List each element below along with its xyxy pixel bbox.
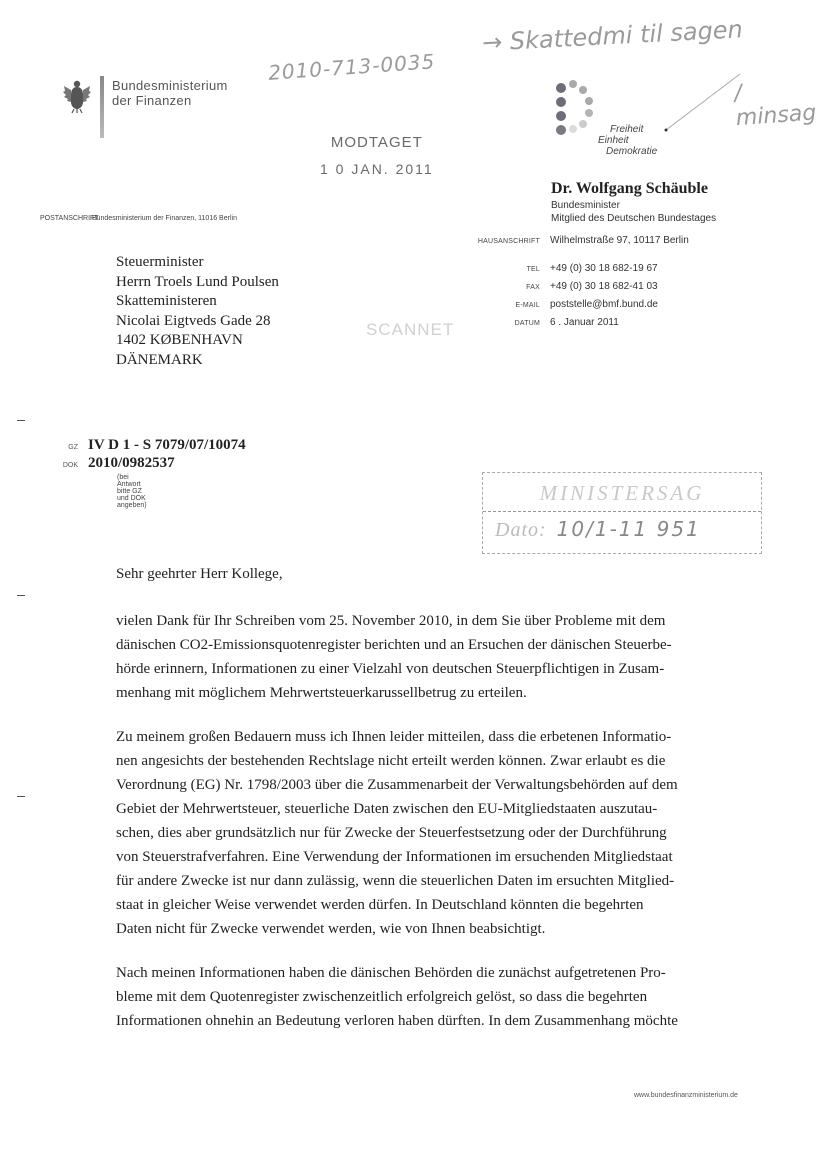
reference-dok: DOK2010/0982537 — [40, 454, 175, 472]
dok-label: DOK — [40, 462, 78, 469]
ministry-name-line: der Finanzen — [112, 93, 228, 108]
reference-gz: GZIV D 1 - S 7079/07/10074 — [40, 436, 246, 454]
paragraph-line: Gebiet der Mehrwertsteuer, steuerliche D… — [116, 797, 766, 821]
meta-label: DATUM — [460, 320, 540, 327]
paragraph-line: staat in gleicher Weise verwendet werden… — [116, 893, 766, 917]
body-paragraph: vielen Dank für Ihr Schreiben vom 25. No… — [116, 609, 766, 705]
ministry-name: Bundesministerium der Finanzen — [112, 78, 228, 108]
meta-hausanschrift: HAUSANSCHRIFTWilhelmstraße 97, 10117 Ber… — [460, 235, 689, 246]
meta-datum: DATUM6 . Januar 2011 — [460, 317, 619, 328]
paragraph-line: schen, dies aber grundsätzlich nur für Z… — [116, 821, 766, 845]
gz-value: IV D 1 - S 7079/07/10074 — [88, 437, 246, 453]
salutation: Sehr geehrter Herr Kollege, — [116, 566, 283, 583]
body-paragraph: Zu meinem großen Bedauern muss ich Ihnen… — [116, 725, 766, 941]
stamp-scanned: SCANNET — [366, 320, 454, 340]
stamp-received-date: 1 0 JAN. 2011 — [320, 156, 434, 182]
recipient-line: Nicolai Eigtveds Gade 28 — [116, 312, 279, 332]
recipient-address: Steuerminister Herrn Troels Lund Poulsen… — [116, 253, 279, 370]
motto: Freiheit Einheit Demokratie — [598, 124, 657, 157]
stamp-ministersag: MINISTERSAG Dato:10/1-11 951 — [482, 472, 762, 554]
handwritten-note-right: / minsag — [733, 75, 826, 131]
gz-label: GZ — [40, 444, 78, 451]
recipient-line: Skatteministeren — [116, 292, 279, 312]
meta-label: HAUSANSCHRIFT — [460, 238, 540, 245]
stamp-date-label: Dato: — [495, 519, 547, 541]
footer-url: www.bundesfinanzministerium.de — [634, 1092, 738, 1099]
paragraph-line: vielen Dank für Ihr Schreiben vom 25. No… — [116, 609, 766, 633]
motto-line: Freiheit — [598, 124, 657, 135]
paragraph-line: Daten nicht für Zwecke verwendet werden,… — [116, 917, 766, 941]
paragraph-line: bleme mit dem Quotenregister zwischenzei… — [116, 985, 766, 1009]
sender-name: Dr. Wolfgang Schäuble — [551, 180, 708, 198]
meta-label: E-MAIL — [460, 302, 540, 309]
postal-address-value: Bundesministerium der Finanzen, 11016 Be… — [92, 215, 237, 222]
paragraph-line: menhang mit möglichem Mehrwertsteuerkaru… — [116, 681, 766, 705]
meta-value: poststelle@bmf.bund.de — [550, 299, 658, 310]
fold-mark — [17, 420, 25, 421]
dok-value: 2010/0982537 — [88, 455, 175, 471]
postal-address-label: POSTANSCHRIFT — [40, 215, 90, 222]
sender-title: Bundesminister Mitglied des Deutschen Bu… — [551, 199, 716, 225]
handwritten-reference: 2010-713-0035 — [267, 49, 436, 85]
stamp-date-value: 10/1-11 951 — [557, 517, 701, 541]
stamp-ministersag-date: Dato:10/1-11 951 — [495, 517, 701, 542]
meta-value: +49 (0) 30 18 682-41 03 — [550, 281, 658, 292]
motto-line: Einheit — [598, 135, 657, 146]
paragraph-line: hörde erinnern, Informationen zu einer V… — [116, 657, 766, 681]
paragraph-line: Informationen ohnehin an Bedeutung verlo… — [116, 1009, 766, 1033]
body-paragraph: Nach meinen Informationen haben die däni… — [116, 961, 766, 1033]
meta-fax: FAX+49 (0) 30 18 682-41 03 — [460, 281, 658, 292]
paragraph-line: dänischen CO2-Emissionsquotenregister be… — [116, 633, 766, 657]
stamp-divider — [483, 511, 761, 512]
meta-label: FAX — [460, 284, 540, 291]
meta-value: Wilhelmstraße 97, 10117 Berlin — [550, 235, 689, 246]
motto-line: Demokratie — [598, 146, 657, 157]
postal-address: POSTANSCHRIFT Bundesministerium der Fina… — [40, 215, 237, 222]
paragraph-line: Verordnung (EG) Nr. 1798/2003 über die Z… — [116, 773, 766, 797]
stamp-received: MODTAGET 1 0 JAN. 2011 — [320, 130, 434, 182]
paragraph-line: für andere Zwecke ist nur dann zulässig,… — [116, 869, 766, 893]
recipient-line: 1402 KØBENHAVN — [116, 331, 279, 351]
recipient-line: Steuerminister — [116, 253, 279, 273]
handwritten-stroke — [662, 72, 742, 132]
recipient-line: Herrn Troels Lund Poulsen — [116, 273, 279, 293]
meta-label: TEL — [460, 266, 540, 273]
ministry-name-line: Bundesministerium — [112, 78, 228, 93]
stamp-ministersag-title: MINISTERSAG — [483, 481, 761, 506]
paragraph-line: Nach meinen Informationen haben die däni… — [116, 961, 766, 985]
paragraph-line: nen angesichts der bestehenden Rechtslag… — [116, 749, 766, 773]
meta-value: +49 (0) 30 18 682-19 67 — [550, 263, 658, 274]
federal-eagle-icon — [62, 78, 92, 114]
letterhead-bar — [100, 76, 104, 138]
meta-tel: TEL+49 (0) 30 18 682-19 67 — [460, 263, 658, 274]
paragraph-line: Zu meinem großen Bedauern muss ich Ihnen… — [116, 725, 766, 749]
meta-email: E-MAILpoststelle@bmf.bund.de — [460, 299, 658, 310]
stamp-received-label: MODTAGET — [320, 130, 434, 156]
reference-hint: (bei Antwort bitte GZ und DOK angeben) — [117, 474, 147, 509]
sender-title-line: Mitglied des Deutschen Bundestages — [551, 212, 716, 225]
sender-title-line: Bundesminister — [551, 199, 716, 212]
fold-mark — [17, 796, 25, 797]
recipient-line: DÄNEMARK — [116, 351, 279, 371]
meta-value: 6 . Januar 2011 — [550, 317, 619, 328]
handwritten-note-top: → Skattedmi til sagen — [481, 15, 743, 57]
punch-mark — [17, 595, 25, 596]
paragraph-line: von Steuerstrafverfahren. Eine Verwendun… — [116, 845, 766, 869]
